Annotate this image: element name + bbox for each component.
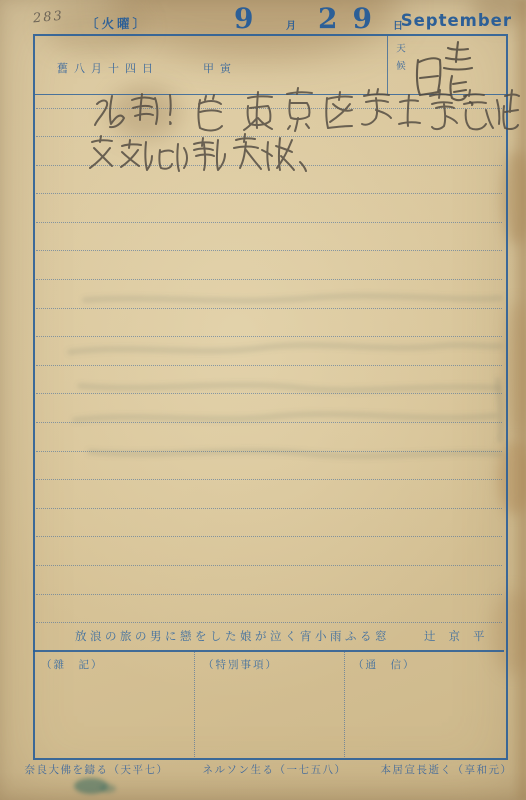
poem-row: 放浪の旅の男に戀をした娘が泣く宵小雨ふる窓 辻京平 [33, 622, 504, 650]
month-numeral: 9 [234, 2, 253, 35]
section-label: （雜 記） [41, 659, 104, 671]
old-calendar-date: 舊八月十四日 [57, 60, 159, 76]
ruled-line [36, 595, 502, 624]
ruled-line [36, 337, 502, 366]
printed-poem: 放浪の旅の男に戀をした娘が泣く宵小雨ふる窓 [75, 628, 390, 644]
ruled-line [36, 509, 502, 538]
handwritten-page-number: 283 [32, 9, 64, 27]
ruled-line [36, 80, 502, 109]
event-item: 奈良大佛を鑄る（天平七） [25, 762, 169, 777]
weather-label: 天候 [392, 43, 406, 78]
ruled-lines [36, 80, 502, 624]
event-item: 本居宣長逝く（享和元） [381, 762, 513, 777]
section-miscellaneous-notes: （雜 記） [33, 652, 195, 757]
poem-author: 辻京平 [424, 628, 498, 644]
ruled-line [36, 423, 502, 452]
ruled-line [36, 566, 502, 595]
historical-events-line: 奈良大佛を鑄る（天平七） ネルソン生る（一七五八） 本居宣長逝く（享和元） [33, 762, 504, 777]
month-english-label: September [401, 11, 512, 30]
event-item: ネルソン生る（一七五八） [203, 762, 347, 777]
ruled-line [36, 109, 502, 138]
day-numeral: 29 [318, 2, 387, 35]
ruled-line [36, 309, 502, 338]
section-correspondence: （通 信） [345, 652, 504, 757]
weekday-label: 〔火曜〕 [86, 14, 148, 32]
ruled-line [36, 366, 502, 395]
ruled-line [36, 166, 502, 195]
ruled-line [36, 452, 502, 481]
section-special-matters: （特別事項） [195, 652, 345, 757]
month-kanji-label: 月 [286, 17, 296, 32]
ruled-line [36, 223, 502, 252]
ruled-line [36, 537, 502, 566]
ruled-line [36, 480, 502, 509]
section-label: （通 信） [353, 659, 416, 671]
ruled-line [36, 251, 502, 280]
section-label: （特別事項） [203, 659, 278, 671]
footer-sections: （雜 記） （特別事項） （通 信） [33, 650, 504, 757]
ruled-line [36, 280, 502, 309]
ruled-line [36, 194, 502, 223]
sexagenary-date: 甲寅 [203, 60, 237, 76]
ruled-line [36, 137, 502, 166]
ruled-line [36, 394, 502, 423]
